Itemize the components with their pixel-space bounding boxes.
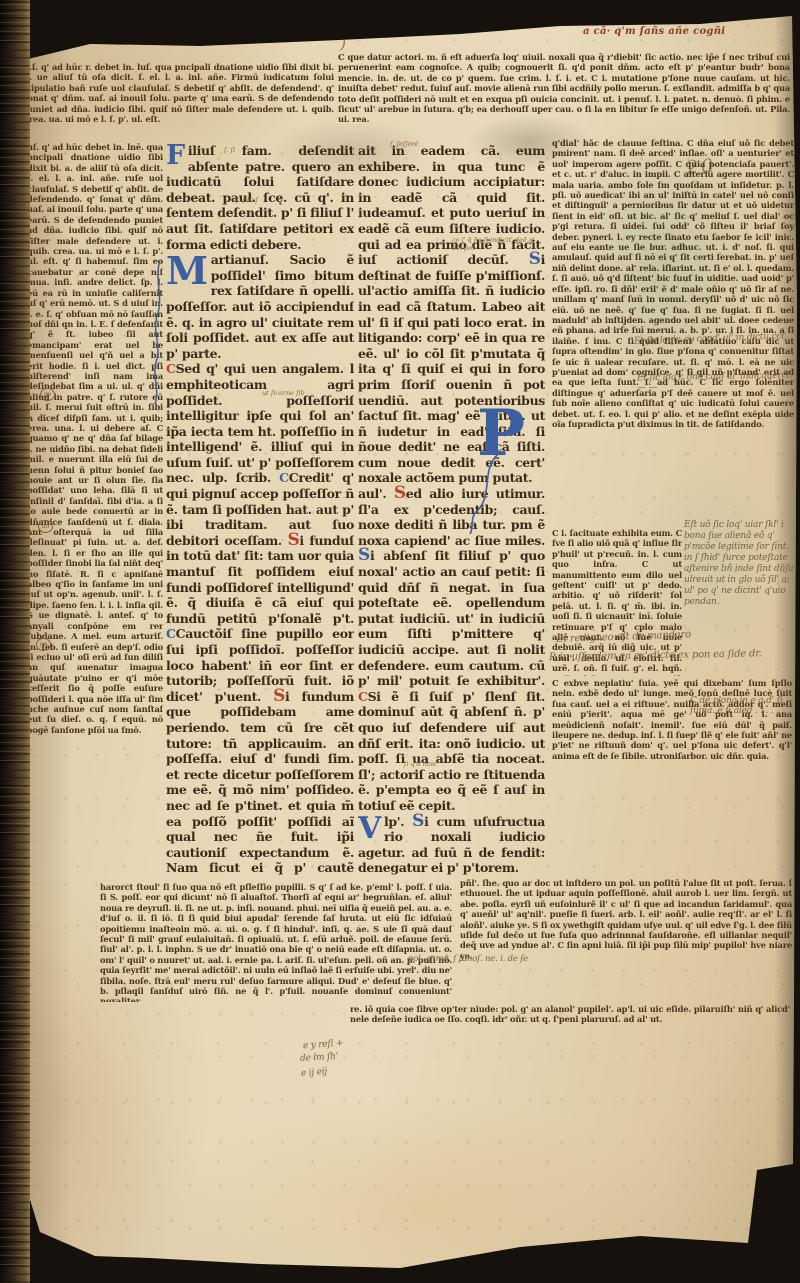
interlinear-gloss: ſ. ſiliuſ (236, 197, 258, 205)
initial-S-blue: S (358, 545, 370, 565)
top-gloss-left: a.ſ. q' ad hūc r. debet in. luſ. qua pnc… (24, 62, 334, 142)
parchment-page: a cã· q'm ſañs añe cogñi 20 ) a.ſ. q' ad… (0, 0, 800, 1283)
run: aul'. (358, 486, 394, 501)
initial-M-flourish (152, 258, 168, 408)
initial-M-blue: M (166, 254, 208, 287)
initial-S-blue: S (529, 249, 541, 269)
margin-sign-2: no (38, 520, 53, 533)
interlinear-gloss: ſ. ſi (224, 147, 235, 155)
run: lp'. (384, 814, 412, 829)
initial-V-blue: V (358, 815, 381, 842)
passage-ulpianus: Vlp'. Si cum uſufructua rio noxali iudic… (358, 814, 545, 875)
top-center-pen-mark: ) (338, 34, 349, 54)
initial-P-flourish (468, 452, 508, 536)
main-column-left: Filiuſ fam. deſendit abſente patre. quer… (166, 143, 354, 875)
capitulum-mark-blue: C (279, 470, 289, 485)
bottom-gloss-continuation: re. iõ quia coe ſibve op'ter niude: pol.… (350, 1004, 790, 1046)
top-gloss-right: C que datur actori. m. ñ eſt aduerſa loq… (338, 52, 790, 144)
book-spine-leaf-edges (0, 0, 30, 1283)
run: i abſenſ ſit filiuſ p' quo noxal' actio … (358, 548, 545, 688)
bottom-scribble-1: e y reſi + (303, 1039, 344, 1052)
marginal-note-cursive-4: C dẽ plona in e a d' ſi ſuina. e ſi aled… (690, 696, 795, 716)
capitulum-mark-red: C (358, 689, 368, 704)
main-column-right: ait in eadem cã. eum exhibere. in qua tu… (358, 143, 545, 875)
initial-F-blue: F (166, 144, 185, 168)
bottom-caption-note: pol. g' mõ. ſ ſunoſ. ne. i. de ſe — (408, 954, 528, 974)
passage-martianus: Martianuſ. Sacio ẽ poſſidel' ſimo bitum … (166, 252, 354, 361)
header-inscription: a cã· q'm ſañs añe cogñi (583, 26, 725, 37)
margin-sign-3: go (36, 638, 51, 651)
bottom-gloss-left: harorct ſtoul' ſi ſuo qua nō eſt pſleſſi… (100, 882, 452, 1002)
bottom-scribble-2: de lm ſh' (300, 1052, 339, 1064)
manuscript-photo: a cã· q'm ſañs añe cogñi 20 ) a.ſ. q' ad… (0, 0, 800, 1283)
bottom-scribble-3: e ij eij (301, 1067, 328, 1079)
passage-possessio: CSed q' qui uen angalem. l emphiteoticam… (166, 361, 354, 875)
marginal-note-cursive-2: Et ſic loq'r. õno cauſ ul' indicauerct. … (637, 371, 797, 394)
interlinear-gloss: ſi q'd noie (404, 761, 437, 769)
passage-filius-text: iliuſ fam. deſendit abſente patre. quero… (166, 143, 354, 252)
interlinear-gloss: co l' q̃ l'a ſi indicit' deẽ q' deĩ poĩ (452, 237, 542, 252)
run: Sed q' qui uen angalem. l emphiteoticam … (166, 361, 354, 485)
margin-sign-1: qo (40, 388, 55, 401)
interlinear-gloss: ut ſicarne ſib (262, 390, 305, 398)
marginal-note-cursive-3: Eſt uõ ſic loq' uiar ſkl' i bona ſue ali… (684, 520, 796, 608)
capitulum-mark-blue: C (166, 626, 176, 641)
run: Si ẽ ſi ſuiſ p' ſlenſ ſit. dominuſ aūt q… (358, 689, 545, 813)
bottom-gloss-right: pñl'. ſhe. quo ar doc ut inſtdero un pol… (460, 878, 792, 1004)
initial-S-red: S (273, 686, 285, 706)
initial-S-blue: S (412, 811, 424, 831)
run: i fundum que poſſidebam ame periendo. te… (166, 689, 354, 875)
initial-S-red: S (287, 530, 299, 550)
interlinear-gloss: ſ. ſeſſorē (390, 141, 418, 149)
initial-S-red: S (394, 483, 406, 503)
passage-filius: Filiuſ fam. deſendit abſente patre. quer… (166, 143, 354, 252)
passage-paulus: aul'. Sed alio iure utimur. ſl'a ex p'ce… (358, 486, 545, 813)
